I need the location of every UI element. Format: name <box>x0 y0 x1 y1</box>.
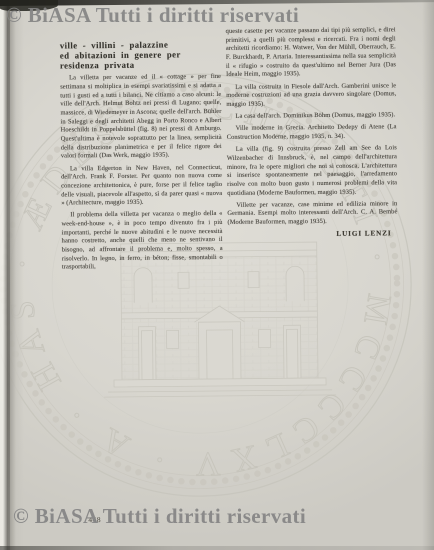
author-signature: LUIGI LENZI <box>228 230 398 240</box>
scan-edge-right <box>422 0 434 550</box>
article-title: ville - villini - palazzine ed abitazion… <box>60 40 221 71</box>
paragraph: La villetta per vacanze ed il « cottage … <box>60 73 222 161</box>
right-column: queste casette per vacanze passano dai t… <box>226 26 398 240</box>
paragraph: queste casette per vacanze passano dai t… <box>226 26 396 80</box>
scan-content: CHRISTI · MCCCCLXV · A · HAS · ÆDES vill… <box>0 0 434 550</box>
book-binding-edge <box>0 0 24 550</box>
scan-edge-bottom <box>0 546 434 550</box>
paragraph: Villette per vacanze, case minime ed edi… <box>227 200 397 228</box>
paragraph: La villa Edgerton in New Haven, nel Conn… <box>61 163 222 208</box>
paragraph: Il problema della villetta per vacanza o… <box>61 210 223 272</box>
left-column: ville - villini - palazzine ed abitazion… <box>60 40 223 276</box>
paragraph: La villa costruita in Fiesole dall'Arch.… <box>226 82 396 110</box>
title-line: residenza privata <box>60 60 221 71</box>
scanned-document-page: CHRISTI · MCCCCLXV · A · HAS · ÆDES vill… <box>0 0 434 550</box>
copyright-watermark-top: © BiASA Tutti i diritti riservati <box>6 3 299 28</box>
copyright-watermark-bottom: © BiASA Tutti i diritti riservati <box>13 504 306 529</box>
paragraph: La casa dell'arch. Dominikus Böhm (Domus… <box>226 111 396 121</box>
paragraph: La villa (fig. 9) costruita presso Zell … <box>227 145 397 199</box>
binding-shadow-streak <box>7 0 10 550</box>
paragraph: Ville moderne in Grecia. Architetto Dede… <box>227 124 397 143</box>
